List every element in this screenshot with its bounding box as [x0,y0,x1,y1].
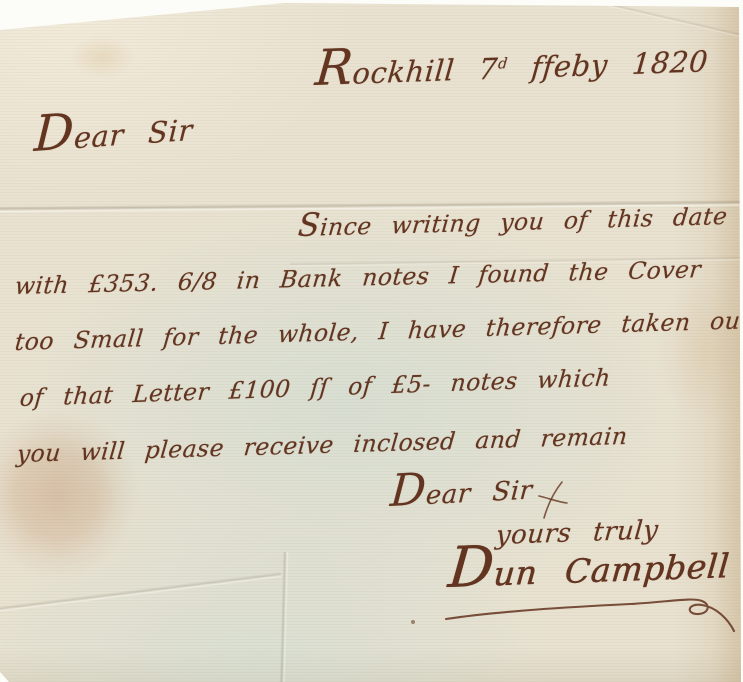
crease-top-right [498,0,743,40]
dateline-year: 1820 [631,44,710,81]
dateline-place: Rockhill [314,53,456,92]
paper-stain-small [70,36,134,78]
ink-dot [411,620,415,624]
dateline-day-suffix: d [497,56,508,72]
body-line: too Small for the whole, I have therefor… [14,306,743,356]
salutation: Dear Sir [33,113,194,158]
letter-paper: Rockhill 7d ffeby 1820 Dear Sir Since wr… [0,0,741,682]
body-line: of that Letter £100 ſſ of £5- notes whic… [19,363,612,412]
signature: Dun Campbell [446,546,731,595]
fold-crease-vertical [279,552,289,682]
body-line: Since writing you of this date [297,202,729,242]
crease-bottom-left [0,572,281,615]
body-line: you will please receive inclosed and rem… [16,422,629,468]
valediction: yours truly [495,515,660,551]
dateline-day: 7 [477,52,499,87]
body-line: with £353. 6/8 in Bank notes I found the… [14,255,703,300]
signature-underline-flourish-icon [440,593,740,657]
dateline: Rockhill 7d ffeby 1820 [314,44,710,92]
closing-salutation: Dear Sir [389,475,534,513]
dateline-month: ffeby [530,48,609,85]
scanned-letter: Rockhill 7d ffeby 1820 Dear Sir Since wr… [0,0,743,682]
paper-stain-right [660,280,743,420]
pen-flourish-icon [536,478,570,522]
